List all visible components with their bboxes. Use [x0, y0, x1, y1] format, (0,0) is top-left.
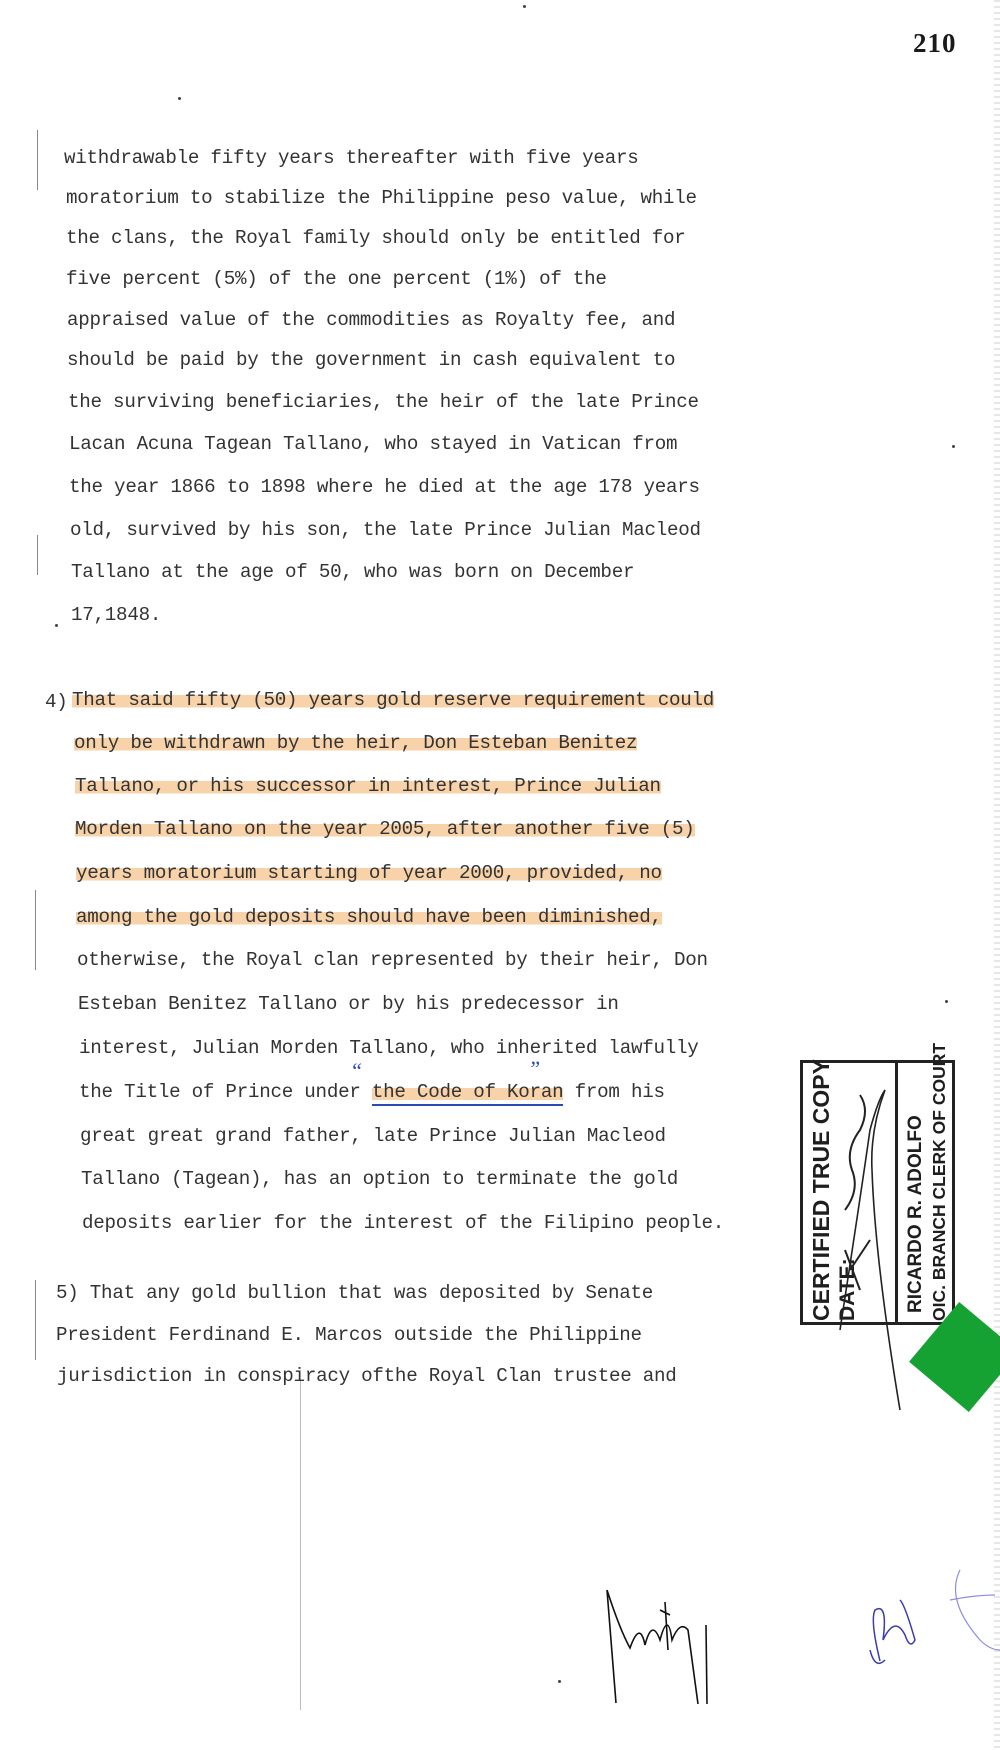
- text-line-highlighted: That said fifty (50) years gold reserve …: [72, 688, 714, 712]
- text-line: otherwise, the Royal clan represented by…: [77, 948, 708, 972]
- text-line: great great grand father, late Prince Ju…: [80, 1124, 666, 1148]
- text-segment: from his: [563, 1081, 664, 1103]
- signature-black: [607, 1590, 707, 1704]
- stamp-certified-text: CERTIFIED TRUE COPY: [808, 1059, 835, 1321]
- text-line-highlighted: Tallano, or his successor in interest, P…: [75, 774, 661, 798]
- text-line: Tallano at the age of 50, who was born o…: [71, 560, 634, 584]
- text-line: President Ferdinand E. Marcos outside th…: [56, 1323, 642, 1347]
- text-line: Lacan Acuna Tagean Tallano, who stayed i…: [69, 432, 677, 456]
- text-line: 5) That any gold bullion that was deposi…: [56, 1281, 653, 1305]
- signature-blue-initials: [870, 1600, 915, 1663]
- text-line: five percent (5%) of the one percent (1%…: [66, 267, 607, 291]
- margin-mark: [37, 535, 38, 575]
- text-line: Esteban Benitez Tallano or by his predec…: [78, 992, 619, 1016]
- handwritten-close-quote: ”: [528, 1056, 540, 1082]
- stamp-clerk-title: OIC. BRANCH CLERK OF COURT: [929, 1043, 950, 1321]
- text-line: the clans, the Royal family should only …: [66, 226, 686, 250]
- text-line: interest, Julian Morden Tallano, who inh…: [79, 1036, 699, 1060]
- signature-blue-faint: [950, 1570, 1000, 1650]
- text-line-highlighted: among the gold deposits should have been…: [76, 905, 662, 929]
- scan-speck: [178, 97, 181, 100]
- fold-line: [300, 1380, 301, 1710]
- text-line: old, survived by his son, the late Princ…: [70, 518, 701, 542]
- scan-speck: [945, 1000, 948, 1003]
- page-number: 210: [913, 28, 957, 59]
- text-line: the year 1866 to 1898 where he died at t…: [69, 475, 700, 499]
- text-line: withdrawable fifty years thereafter with…: [64, 146, 638, 170]
- scan-speck: [558, 1680, 561, 1683]
- text-line-highlighted: Morden Tallano on the year 2005, after a…: [75, 817, 695, 841]
- scan-edge: [994, 0, 1000, 1750]
- text-line-highlighted: only be withdrawn by the heir, Don Esteb…: [74, 731, 637, 755]
- text-line: deposits earlier for the interest of the…: [82, 1211, 724, 1235]
- certified-true-copy-stamp: CERTIFIED TRUE COPY DATE: RICARDO R. ADO…: [800, 1060, 955, 1325]
- text-segment: the Title of Prince under: [79, 1081, 372, 1103]
- stamp-divider: [895, 1063, 898, 1322]
- margin-mark: [37, 130, 38, 190]
- stamp-date-label: DATE:: [836, 1258, 860, 1321]
- text-line: appraised value of the commodities as Ro…: [67, 308, 675, 332]
- handwritten-open-quote: “: [350, 1058, 362, 1084]
- text-line: the Title of Prince under the Code of Ko…: [79, 1080, 665, 1104]
- text-line: the surviving beneficiaries, the heir of…: [68, 390, 699, 414]
- scan-speck: [952, 445, 955, 448]
- text-line-highlighted: years moratorium starting of year 2000, …: [76, 861, 662, 885]
- text-line: moratorium to stabilize the Philippine p…: [66, 186, 697, 210]
- scan-speck: [523, 5, 526, 8]
- margin-mark: [35, 890, 36, 970]
- scan-speck: [55, 624, 58, 627]
- text-line: 17,1848.: [71, 603, 161, 627]
- text-line: should be paid by the government in cash…: [67, 348, 675, 372]
- margin-mark: [35, 1280, 36, 1360]
- underlined-phrase: the Code of Koran: [372, 1081, 564, 1106]
- text-line: Tallano (Tagean), has an option to termi…: [81, 1167, 678, 1191]
- text-line: jurisdiction in conspiracy ofthe Royal C…: [57, 1364, 677, 1388]
- stamp-clerk-name: RICARDO R. ADOLFO: [905, 1115, 927, 1313]
- item-number: 4): [45, 690, 68, 714]
